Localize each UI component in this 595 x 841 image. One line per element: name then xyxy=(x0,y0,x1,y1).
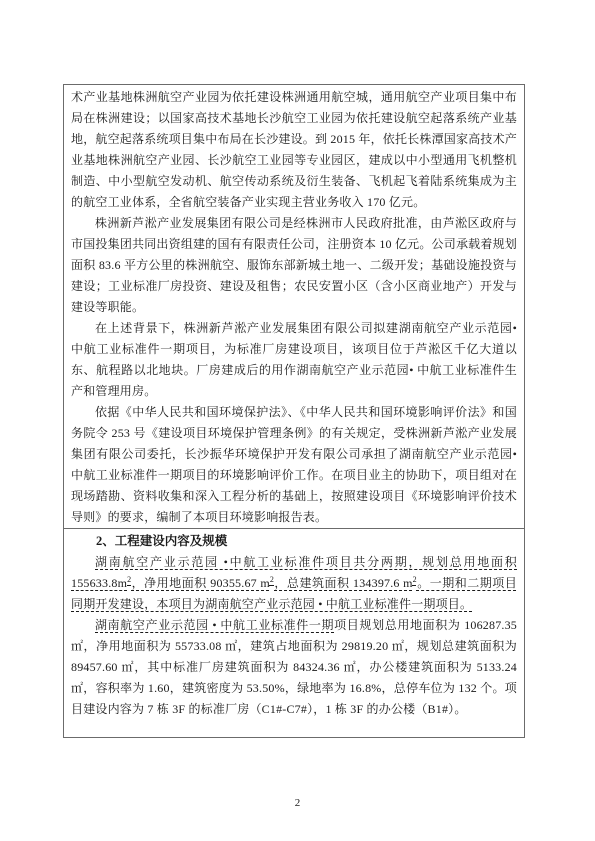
project-background-cell: 术产业基地株洲航空产业园为依托建设株洲通用航空城，通用航空产业项目集中布局在株洲… xyxy=(64,85,524,529)
paragraph-legal-basis: 依据《中华人民共和国环境保护法》、《中华人民共和国环境影响评价法》和国务院令 2… xyxy=(71,402,517,528)
construction-content-cell: 2、工程建设内容及规模 湖南航空产业示范园 •中航工业标准件项目共分两期，规划总… xyxy=(64,529,524,737)
paragraph-overall-plan: 湖南航空产业示范园 •中航工业标准件项目共分两期，规划总用地面积 155633.… xyxy=(71,552,517,615)
paragraph-continuation: 术产业基地株洲航空产业园为依托建设株洲通用航空城，通用航空产业项目集中布局在株洲… xyxy=(71,87,517,213)
document-page: 术产业基地株洲航空产业园为依托建设株洲通用航空城，通用航空产业项目集中布局在株洲… xyxy=(0,0,595,841)
page-number: 2 xyxy=(0,797,595,809)
report-table: 术产业基地株洲航空产业园为依托建设株洲通用航空城，通用航空产业项目集中布局在株洲… xyxy=(63,84,525,738)
paragraph-project-intro: 在上述背景下，株洲新芦淞产业发展集团有限公司拟建湖南航空产业示范园• 中航工业标… xyxy=(71,318,517,402)
paragraph-phase1-detail: 湖南航空产业示范园 • 中航工业标准件一期项目规划总用地面积为 106287.3… xyxy=(71,615,517,720)
section-heading: 2、工程建设内容及规模 xyxy=(71,531,517,552)
paragraph-company-intro: 株洲新芦淞产业发展集团有限公司是经株洲市人民政府批准，由芦淞区政府与市国投集团共… xyxy=(71,213,517,318)
